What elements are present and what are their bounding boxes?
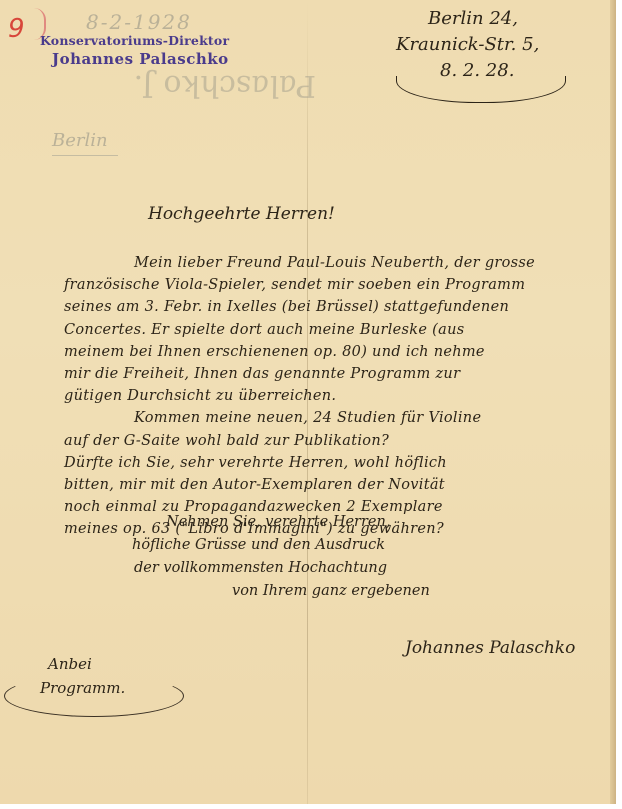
pencil-name-annotation: Palaschko J.: [132, 68, 319, 103]
letter-body: Mein lieber Freund Paul-Louis Neuberth, …: [64, 252, 612, 541]
body-line: auf der G-Saite wohl bald zur Publikatio…: [64, 430, 612, 452]
closing-line: höfliche Grüsse und den Ausdruck: [130, 534, 430, 557]
scan-margin-right: [616, 0, 622, 809]
signature: Johannes Palaschko: [405, 638, 575, 658]
letter-sheet: 9 8-2-1928 Palaschko J. Berlin Konservat…: [0, 0, 616, 804]
closing-line: von Ihrem ganz ergebenen: [130, 580, 430, 603]
date-underline-flourish: [396, 76, 566, 103]
body-line: Mein lieber Freund Paul-Louis Neuberth, …: [64, 252, 612, 274]
body-line: Dürfte ich Sie, sehr verehrte Herren, wo…: [64, 452, 612, 474]
body-line: seines am 3. Febr. in Ixelles (bei Brüss…: [64, 296, 612, 318]
body-line: gütigen Durchsicht zu überreichen.: [64, 385, 612, 407]
letterhead-stamp: Konservatoriums-Direktor Johannes Palasc…: [40, 33, 229, 68]
enclosure-note: Anbei Programm.: [4, 655, 125, 697]
pencil-city-annotation: Berlin: [52, 130, 118, 156]
letterhead-name: Johannes Palaschko: [52, 50, 229, 68]
enclosure-flourish: [4, 675, 184, 717]
letterhead-title: Konservatoriums-Direktor: [40, 33, 229, 48]
scan-margin-bottom: [0, 804, 622, 809]
archive-number: 9: [8, 14, 25, 44]
body-line: Kommen meine neuen, 24 Studien für Violi…: [64, 407, 612, 429]
salutation: Hochgeehrte Herren!: [148, 204, 335, 224]
body-line: bitten, mir mit den Autor-Exemplaren der…: [64, 474, 612, 496]
closing-line: Nehmen Sie, verehrte Herren,: [130, 511, 430, 534]
body-line: mir die Freiheit, Ihnen das genannte Pro…: [64, 363, 612, 385]
enclosure-label: Anbei: [48, 655, 125, 673]
address-line-street: Kraunick-Str. 5,: [396, 32, 608, 58]
address-line-city: Berlin 24,: [428, 6, 608, 32]
body-line: französische Viola-Spieler, sendet mir s…: [64, 274, 612, 296]
pencil-date-annotation: 8-2-1928: [86, 10, 192, 34]
sender-address: Berlin 24, Kraunick-Str. 5, 8. 2. 28.: [388, 6, 608, 84]
letter-closing: Nehmen Sie, verehrte Herren, höfliche Gr…: [130, 511, 430, 603]
closing-line: der vollkommensten Hochachtung: [130, 557, 430, 580]
body-line: Concertes. Er spielte dort auch meine Bu…: [64, 319, 612, 341]
body-line: meinem bei Ihnen erschienenen op. 80) un…: [64, 341, 612, 363]
